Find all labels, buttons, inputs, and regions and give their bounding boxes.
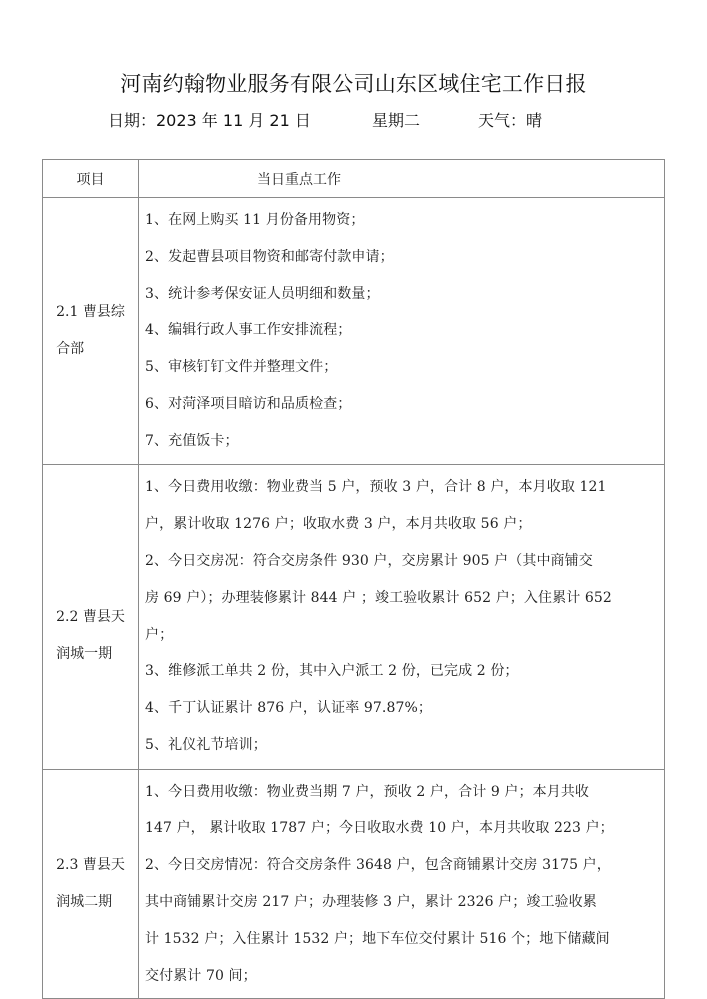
work-report-table: 项目 当日重点工作 2.1 曹县综 合部 1、在网上购买 11 月份备用物资； … <box>42 159 665 999</box>
report-date: 日期：2023 年 11 月 21 日 <box>108 108 311 131</box>
row-label-line: 润城二期 <box>56 884 125 921</box>
work-item: 1、今日费用收缴：物业费当 5 户，预收 3 户，合计 8 户，本月收取 121 <box>145 469 660 506</box>
report-weather: 天气：晴 <box>478 108 542 131</box>
row-content: 1、今日费用收缴：物业费当期 7 户，预收 2 户，合计 9 户；本月共收 14… <box>139 769 665 999</box>
work-item: 1、今日费用收缴：物业费当期 7 户，预收 2 户，合计 9 户；本月共收 <box>145 774 660 811</box>
work-item: 3、维修派工单共 2 份，其中入户派工 2 份，已完成 2 份； <box>145 653 660 690</box>
row-label-line: 润城一期 <box>56 636 125 673</box>
work-item: 计 1532 户；入住累计 1532 户；地下车位交付累计 516 个；地下储藏… <box>145 921 660 958</box>
header-project: 项目 <box>43 160 139 198</box>
row-label-line: 2.2 曹县天 <box>56 599 125 636</box>
header-key-work: 当日重点工作 <box>139 160 665 198</box>
work-item: 147 户， 累计收取 1787 户；今日收取水费 10 户，本月共收取 223… <box>145 810 660 847</box>
work-item: 3、统计参考保安证人员明细和数量； <box>145 276 660 313</box>
report-title: 河南约翰物业服务有限公司山东区域住宅工作日报 <box>0 68 707 98</box>
work-item: 7、充值饭卡； <box>145 423 660 460</box>
work-item: 1、在网上购买 11 月份备用物资； <box>145 202 660 239</box>
table-header-row: 项目 当日重点工作 <box>43 160 665 198</box>
row-content: 1、在网上购买 11 月份备用物资； 2、发起曹县项目物资和邮寄付款申请； 3、… <box>139 198 665 465</box>
work-item: 2、今日交房情况：符合交房条件 3648 户，包含商铺累计交房 3175 户， <box>145 847 660 884</box>
row-label-line: 2.3 曹县天 <box>56 847 125 884</box>
work-item: 6、对菏泽项目暗访和品质检查； <box>145 386 660 423</box>
table-row: 2.3 曹县天 润城二期 1、今日费用收缴：物业费当期 7 户，预收 2 户，合… <box>43 769 665 999</box>
row-label-tianruncheng-phase2: 2.3 曹县天 润城二期 <box>43 769 139 999</box>
work-item: 户； <box>145 617 660 654</box>
table-row: 2.2 曹县天 润城一期 1、今日费用收缴：物业费当 5 户，预收 3 户，合计… <box>43 464 665 769</box>
work-item: 2、今日交房况：符合交房条件 930 户，交房累计 905 户（其中商铺交 <box>145 543 660 580</box>
work-item: 其中商铺累计交房 217 户；办理装修 3 户，累计 2326 户；竣工验收累 <box>145 884 660 921</box>
work-item: 5、礼仪礼节培训； <box>145 727 660 764</box>
work-item: 4、千丁认证累计 876 户，认证率 97.87%； <box>145 690 660 727</box>
row-label-caoxian-general: 2.1 曹县综 合部 <box>43 198 139 465</box>
work-item: 2、发起曹县项目物资和邮寄付款申请； <box>145 239 660 276</box>
work-item: 4、编辑行政人事工作安排流程； <box>145 312 660 349</box>
work-item: 户，累计收取 1276 户；收取水费 3 户，本月共收取 56 户； <box>145 506 660 543</box>
work-item: 5、审核钉钉文件并整理文件； <box>145 349 660 386</box>
report-weekday: 星期二 <box>372 108 420 131</box>
row-label-line: 合部 <box>56 331 125 368</box>
work-item: 交付累计 70 间； <box>145 958 660 995</box>
row-label-line: 2.1 曹县综 <box>56 294 125 331</box>
work-item: 房 69 户）；办理装修累计 844 户 ；竣工验收累计 652 户；入住累计 … <box>145 580 660 617</box>
row-content: 1、今日费用收缴：物业费当 5 户，预收 3 户，合计 8 户，本月收取 121… <box>139 464 665 769</box>
table-row: 2.1 曹县综 合部 1、在网上购买 11 月份备用物资； 2、发起曹县项目物资… <box>43 198 665 465</box>
row-label-tianruncheng-phase1: 2.2 曹县天 润城一期 <box>43 464 139 769</box>
